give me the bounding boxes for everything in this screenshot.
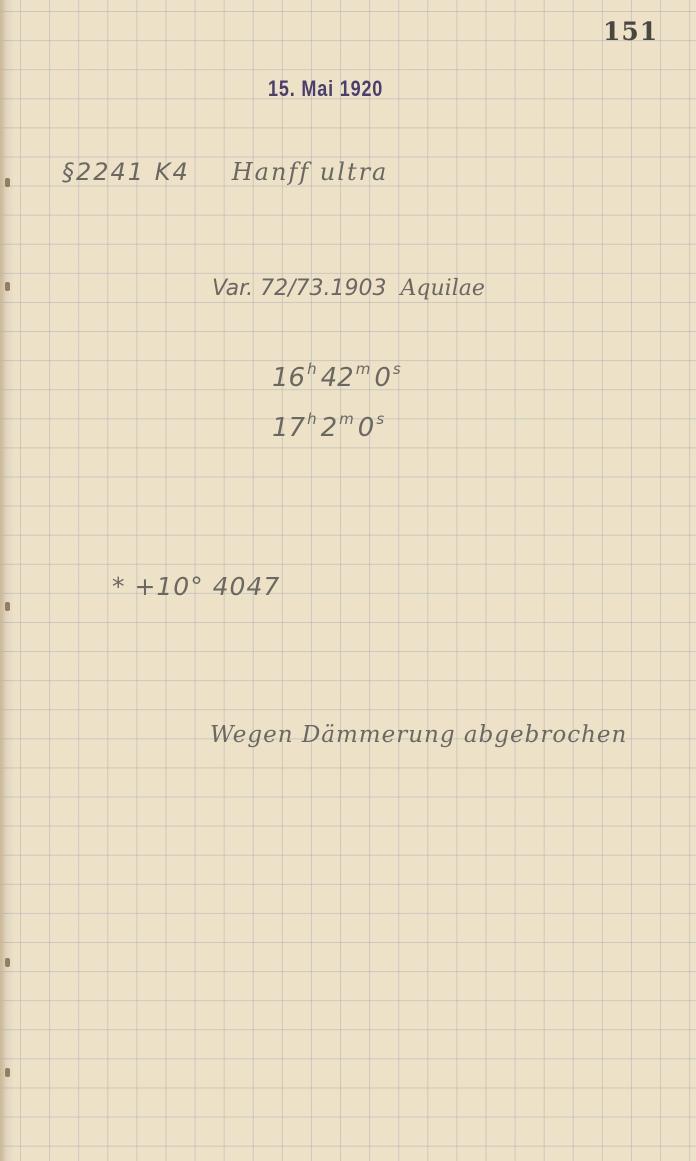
seconds-unit: s: [393, 360, 401, 378]
page-number: 151: [603, 17, 658, 46]
seconds: 0: [374, 363, 391, 393]
hours-unit: h: [307, 410, 317, 428]
seconds-unit: s: [376, 410, 384, 428]
seconds: 0: [358, 413, 375, 443]
hours: 16: [272, 363, 305, 393]
binding-mark: [5, 1068, 10, 1077]
notebook-page: 151 15. Mai 1920 §2241 K4Hanff ultra Var…: [0, 0, 696, 1161]
handwritten-line-variable: Var. 72/73.1903Aquilae: [212, 276, 485, 301]
date-stamp: 15. Mai 1920: [268, 76, 383, 102]
hours-unit: h: [307, 360, 317, 378]
binding-mark: [5, 178, 10, 187]
catalog-reference: §2241 K4: [62, 158, 190, 186]
observation-note: Wegen Dämmerung abgebrochen: [210, 722, 627, 748]
binding-mark: [5, 282, 10, 291]
minutes: 42: [321, 363, 354, 393]
constellation-name: Aquilae: [401, 276, 485, 301]
comparison-star: * +10° 4047: [112, 572, 280, 601]
handwritten-line-reference: §2241 K4Hanff ultra: [62, 158, 388, 186]
minutes: 2: [321, 413, 338, 443]
variable-designation: Var. 72/73.1903: [212, 276, 387, 301]
time-entry-start: 16h42m0s: [272, 360, 405, 393]
observer-note: Hanff ultra: [232, 158, 389, 186]
time-entry-end: 17h2m0s: [272, 410, 388, 443]
binding-mark: [5, 958, 10, 967]
binding-mark: [5, 602, 10, 611]
minutes-unit: m: [339, 410, 354, 428]
hours: 17: [272, 413, 305, 443]
minutes-unit: m: [356, 360, 371, 378]
